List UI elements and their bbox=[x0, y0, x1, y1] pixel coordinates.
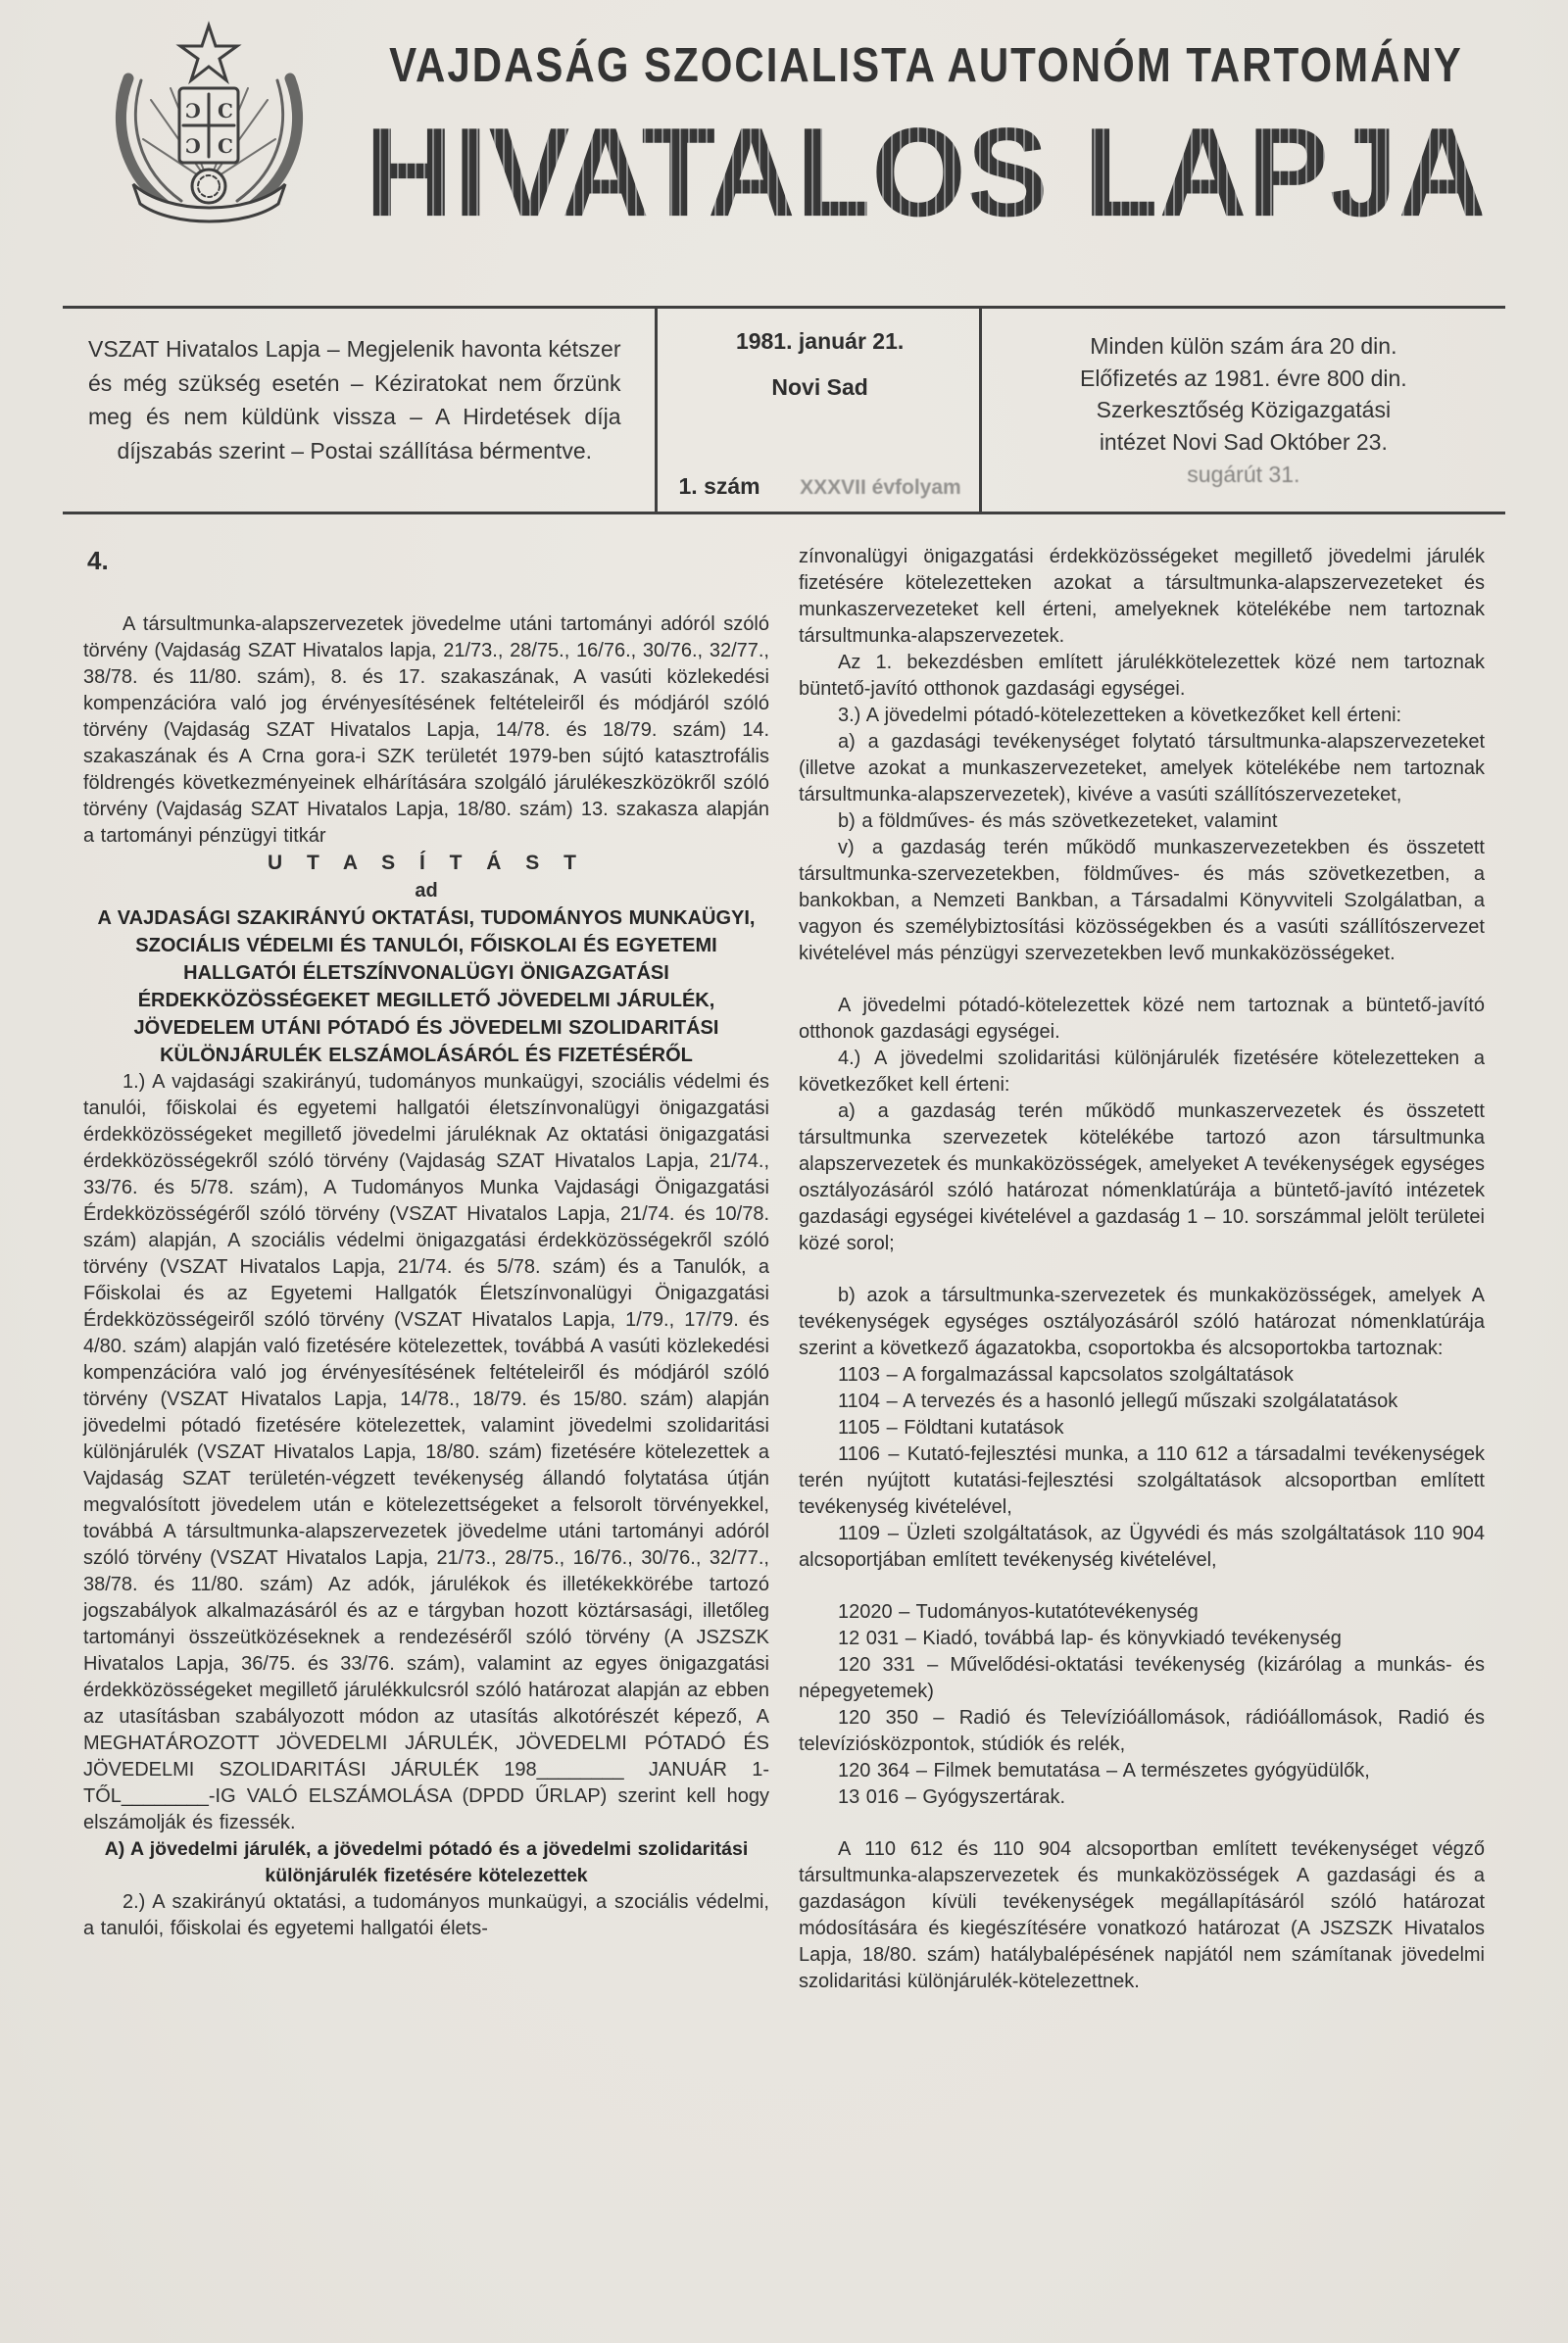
code-item-120350: 120 350 – Radió és Televízióállomások, r… bbox=[799, 1705, 1485, 1758]
coat-of-arms: ƆC ƆC bbox=[84, 18, 334, 243]
document-body: 4. A társultmunka-alapszervezetek jövede… bbox=[0, 514, 1568, 1995]
masthead-titles: VAJDASÁG SZOCIALISTA AUTONÓM TARTOMÁNY H… bbox=[343, 37, 1509, 231]
coat-of-arms-icon: ƆC ƆC bbox=[84, 18, 334, 238]
code-item-13016: 13 016 – Gyógyszertárak. bbox=[799, 1784, 1485, 1811]
paragraph-1: 1.) A vajdasági szakirányú, tudományos m… bbox=[83, 1069, 769, 1836]
issue-details: 1981. január 21. Novi Sad 1. szám XXXVII… bbox=[655, 309, 979, 512]
region-title: VAJDASÁG SZOCIALISTA AUTONÓM TARTOMÁNY bbox=[389, 37, 1463, 93]
list-item-b: b) a földműves- és más szövetkezeteket, … bbox=[799, 808, 1485, 835]
code-item-1109: 1109 – Üzleti szolgáltatások, az Ügyvédi… bbox=[799, 1521, 1485, 1574]
subheading-a: A) A jövedelmi járulék, a jövedelmi póta… bbox=[83, 1836, 769, 1890]
code-item-120364: 120 364 – Filmek bemutatása – A természe… bbox=[799, 1758, 1485, 1784]
svg-text:Ɔ: Ɔ bbox=[185, 99, 201, 122]
issue-info-strip: VSZAT Hivatalos Lapja – Megjelenik havon… bbox=[63, 306, 1505, 514]
gazette-scan-page: ƆC ƆC VAJDASÁG SZOCIALISTA AUTONÓM TARTO… bbox=[0, 0, 1568, 2343]
section-number: 4. bbox=[87, 544, 769, 578]
code-item-1104: 1104 – A tervezés és a hasonló jellegű m… bbox=[799, 1389, 1485, 1415]
issue-volume: XXXVII évfolyam bbox=[800, 476, 961, 500]
right-column: zínvonalügyi önigazgatási érdekközössége… bbox=[799, 544, 1485, 1995]
svg-text:C: C bbox=[218, 99, 233, 122]
list-item-a: a) a gazdaság terén működő munkaszerveze… bbox=[799, 1098, 1485, 1257]
continuation-paragraph: zínvonalügyi önigazgatási érdekközössége… bbox=[799, 544, 1485, 650]
issue-date: 1981. január 21. bbox=[679, 328, 961, 355]
paragraph: 4.) A jövedelmi szolidaritási különjárul… bbox=[799, 1046, 1485, 1098]
closing-paragraph: A 110 612 és 110 904 alcsoportban említe… bbox=[799, 1836, 1485, 1995]
masthead: ƆC ƆC VAJDASÁG SZOCIALISTA AUTONÓM TARTO… bbox=[0, 0, 1568, 302]
order-ad: ad bbox=[83, 878, 769, 904]
subscription-line: Előfizetés az 1981. évre 800 din. bbox=[1009, 363, 1478, 395]
editorial-line-2: intézet Novi Sad Október 23. bbox=[1009, 426, 1478, 459]
price-notice: Minden külön szám ára 20 din. Előfizetés… bbox=[979, 309, 1505, 512]
editorial-line-3: sugárút 31. bbox=[1009, 459, 1478, 491]
paragraph: 3.) A jövedelmi pótadó-kötelezetteken a … bbox=[799, 703, 1485, 729]
svg-text:Ɔ: Ɔ bbox=[185, 134, 201, 158]
price-line: Minden külön szám ára 20 din. bbox=[1009, 330, 1478, 363]
code-item-12020: 12020 – Tudományos-kutatótevékenység bbox=[799, 1599, 1485, 1626]
code-item-1106: 1106 – Kutató-fejlesztési munka, a 110 6… bbox=[799, 1441, 1485, 1521]
list-item-b: b) azok a társultmunka-szervezetek és mu… bbox=[799, 1283, 1485, 1362]
star-icon bbox=[180, 25, 237, 80]
paragraph: Az 1. bekezdésben említett járulékkötele… bbox=[799, 650, 1485, 703]
issue-city: Novi Sad bbox=[679, 374, 961, 401]
code-item-1105: 1105 – Földtani kutatások bbox=[799, 1415, 1485, 1441]
paragraph-2: 2.) A szakirányú oktatási, a tudományos … bbox=[83, 1889, 769, 1942]
issue-number: 1. szám bbox=[679, 473, 760, 500]
paragraph: A jövedelmi pótadó-kötelezettek közé nem… bbox=[799, 993, 1485, 1046]
issue-bottom-row: 1. szám XXXVII évfolyam bbox=[679, 473, 961, 500]
order-title-heading: A VAJDASÁGI SZAKIRÁNYÚ OKTATÁSI, TUDOMÁN… bbox=[83, 904, 769, 1069]
gazette-title: HIVATALOS LAPJA bbox=[366, 110, 1488, 236]
code-item-12031: 12 031 – Kiadó, továbbá lap- és könyvkia… bbox=[799, 1626, 1485, 1652]
code-item-120331: 120 331 – Művelődési-oktatási tevékenysé… bbox=[799, 1652, 1485, 1705]
code-item-1103: 1103 – A forgalmazással kapcsolatos szol… bbox=[799, 1362, 1485, 1389]
list-item-a: a) a gazdasági tevékenységet folytató tá… bbox=[799, 729, 1485, 808]
left-column: 4. A társultmunka-alapszervezetek jövede… bbox=[83, 544, 769, 1995]
publication-notice: VSZAT Hivatalos Lapja – Megjelenik havon… bbox=[63, 309, 655, 512]
list-item-v: v) a gazdaság terén működő munkaszerveze… bbox=[799, 835, 1485, 967]
intro-paragraph: A társultmunka-alapszervezetek jövedelme… bbox=[83, 611, 769, 850]
svg-text:C: C bbox=[218, 134, 233, 158]
order-word-heading: U T A S Í T Á S T bbox=[83, 850, 769, 877]
editorial-line-1: Szerkesztőség Közigazgatási bbox=[1009, 394, 1478, 426]
